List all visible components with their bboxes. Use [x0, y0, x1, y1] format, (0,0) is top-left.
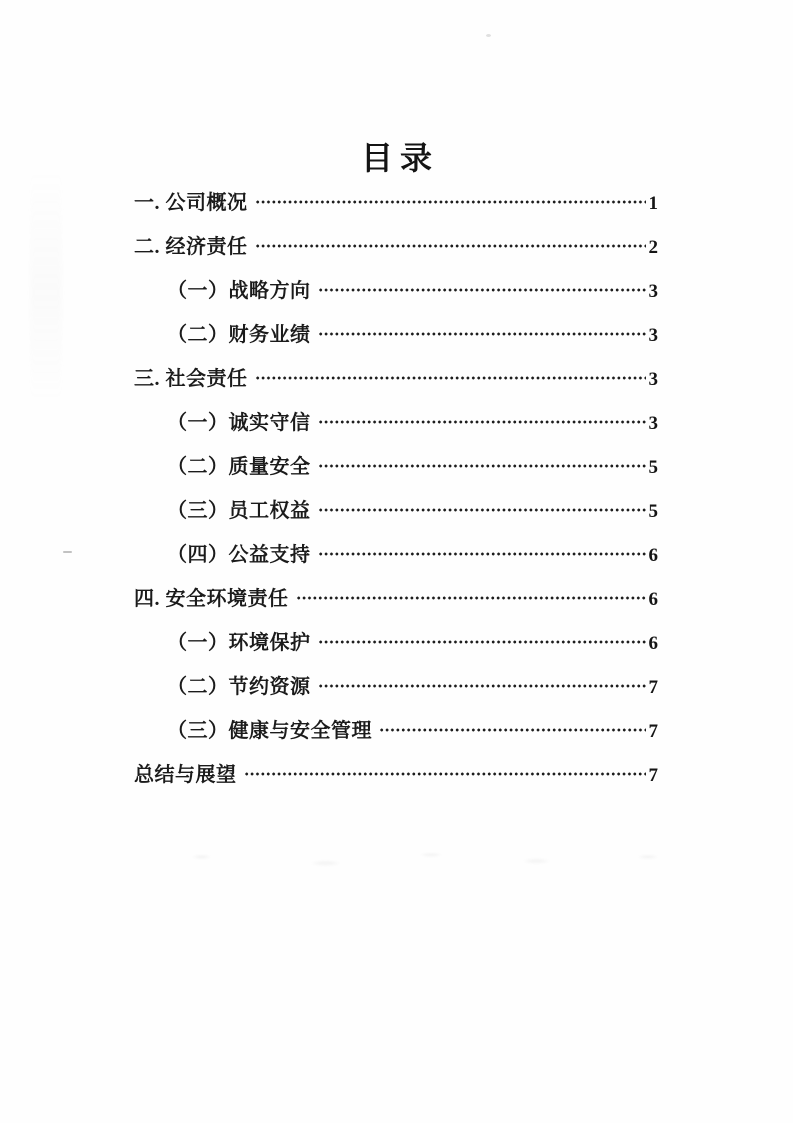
toc-entry-page: 6: [649, 545, 659, 567]
toc-leader-dots: [318, 406, 646, 429]
toc-entry-label: （三）员工权益: [167, 494, 311, 523]
toc-entry-page: 7: [649, 721, 659, 743]
toc-entry-page: 5: [649, 457, 659, 479]
toc-row: （三）员工权益 5: [134, 494, 658, 517]
scanned-document-page: 目录 一. 公司概况 1 二. 经济责任 2 （一）战略方向 3 （二）财务业绩…: [0, 0, 793, 1123]
toc-row: （一）环境保护 6: [134, 626, 658, 649]
toc-row: （二）财务业绩 3: [134, 318, 658, 341]
toc-entry-label: 四. 安全环境责任: [134, 582, 289, 611]
scan-dash-artifact: [63, 551, 72, 553]
toc-leader-dots: [318, 494, 646, 517]
toc-leader-dots: [318, 274, 646, 297]
scan-speck-artifact: [486, 34, 491, 37]
toc-entry-page: 3: [649, 281, 659, 303]
scan-noise-band-artifact: [90, 838, 710, 880]
toc-entry-page: 3: [649, 325, 659, 347]
toc-title: 目录: [0, 133, 793, 179]
toc-entry-label: （二）节约资源: [167, 670, 311, 699]
toc-entry-label: 二. 经济责任: [134, 230, 248, 259]
toc-leader-dots: [318, 318, 646, 341]
toc-row: （一）战略方向 3: [134, 274, 658, 297]
toc-row: （三）健康与安全管理 7: [134, 714, 658, 737]
toc-row: （一）诚实守信 3: [134, 406, 658, 429]
toc-row: 一. 公司概况 1: [134, 186, 658, 209]
toc-row: （四）公益支持 6: [134, 538, 658, 561]
toc-entry-page: 3: [649, 413, 659, 435]
toc-row: （二）节约资源 7: [134, 670, 658, 693]
toc-entry-page: 6: [649, 589, 659, 611]
toc-entry-page: 3: [649, 369, 659, 391]
toc-leader-dots: [255, 230, 646, 253]
toc-entry-page: 7: [649, 765, 659, 787]
toc-entry-label: （一）战略方向: [167, 274, 311, 303]
toc-row: （二）质量安全 5: [134, 450, 658, 473]
toc-leader-dots: [318, 670, 646, 693]
toc-entry-page: 2: [649, 237, 659, 259]
toc-leader-dots: [244, 758, 646, 781]
toc-entry-label: 总结与展望: [134, 758, 237, 787]
toc-entry-label: （一）环境保护: [167, 626, 311, 655]
toc-entry-page: 7: [649, 677, 659, 699]
toc-entry-label: 一. 公司概况: [134, 186, 248, 215]
toc-entry-page: 5: [649, 501, 659, 523]
toc-row: 四. 安全环境责任 6: [134, 582, 658, 605]
toc-leader-dots: [296, 582, 646, 605]
toc-list: 一. 公司概况 1 二. 经济责任 2 （一）战略方向 3 （二）财务业绩 3 …: [134, 186, 658, 802]
toc-row: 总结与展望 7: [134, 758, 658, 781]
toc-entry-label: （二）质量安全: [167, 450, 311, 479]
toc-leader-dots: [255, 186, 646, 209]
toc-entry-page: 6: [649, 633, 659, 655]
toc-leader-dots: [255, 362, 646, 385]
toc-leader-dots: [318, 450, 646, 473]
toc-leader-dots: [318, 626, 646, 649]
toc-row: 二. 经济责任 2: [134, 230, 658, 253]
toc-leader-dots: [318, 538, 646, 561]
toc-entry-label: （三）健康与安全管理: [167, 714, 372, 743]
toc-leader-dots: [379, 714, 646, 737]
toc-entry-label: 三. 社会责任: [134, 362, 248, 391]
toc-entry-label: （二）财务业绩: [167, 318, 311, 347]
toc-entry-label: （一）诚实守信: [167, 406, 311, 435]
toc-row: 三. 社会责任 3: [134, 362, 658, 385]
toc-entry-page: 1: [649, 193, 659, 215]
scan-smudge-artifact: [30, 165, 62, 485]
toc-entry-label: （四）公益支持: [167, 538, 311, 567]
